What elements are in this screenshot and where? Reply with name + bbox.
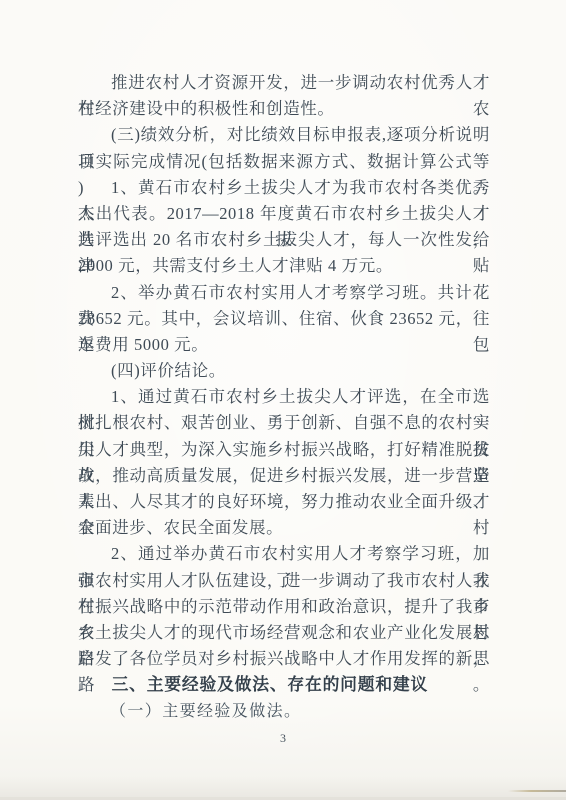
doc-line: 尖人才典型，为深入实施乡村振兴战略，打好精准脱贫攻坚 xyxy=(78,437,490,463)
doc-line: 杰出代表。2017—2018 年度黄石市农村乡土拔尖人才选拔， xyxy=(78,201,490,227)
doc-line: 启发了各位学员对乡村振兴战略中人才作用发挥的新思路。 xyxy=(78,646,490,672)
doc-line: 推进农村人才资源开发，进一步调动农村优秀人才在农 xyxy=(78,70,490,96)
doc-line: 2、通过举办黄石市农村实用人才考察学习班，加强了我 xyxy=(78,541,490,567)
doc-line: 28652 元。其中，会议培训、住宿、伙食 23652 元，往返包 xyxy=(78,306,490,332)
doc-line: 战，推动高质量发展，促进乡村振兴发展，进一步营造人才 xyxy=(78,463,490,489)
doc-line: (三)绩效分析，对比绩效目标申报表,逐项分析说明项 xyxy=(78,122,490,148)
doc-line: 村振兴战略中的示范带动作用和政治意识，提升了我市农村 xyxy=(78,594,490,620)
subsection-heading: （一）主要经验及做法。 xyxy=(78,699,490,725)
doc-line: 乡土拔尖人才的现代市场经营观念和农业产业化发展思路， xyxy=(78,620,490,646)
doc-line: 2、举办黄石市农村实用人才考察学习班。共计花费 xyxy=(78,280,490,306)
doc-line: (四)评价结论。 xyxy=(78,358,490,384)
doc-line: 市农村实用人才队伍建设，进一步调动了我市农村人才在乡 xyxy=(78,568,490,594)
doc-line: 1、黄石市农村乡土拔尖人才为我市农村各类优秀人才 xyxy=(78,175,490,201)
doc-line: 共评选出 20 名市农村乡土拔尖人才，每人一次性发给津贴 xyxy=(78,227,490,253)
doc-line: 1、通过黄石市农村乡土拔尖人才评选，在全市选树一 xyxy=(78,384,490,410)
scanned-document-page: 推进农村人才资源开发，进一步调动农村优秀人才在农 村经济建设中的积极性和创造性。… xyxy=(0,0,566,800)
document-body: 推进农村人才资源开发，进一步调动农村优秀人才在农 村经济建设中的积极性和创造性。… xyxy=(78,70,490,725)
doc-line: 辈出、人尽其才的良好环境，努力推动农业全面升级、农村 xyxy=(78,489,490,515)
page-number: 3 xyxy=(0,731,566,746)
doc-line: 批扎根农村、艰苦创业、勇于创新、自强不息的农村实用拔 xyxy=(78,410,490,436)
doc-line: 目实际完成情况(包括数据来源方式、数据计算公式等 )。 xyxy=(78,149,490,175)
scan-artifact-line xyxy=(508,790,566,792)
